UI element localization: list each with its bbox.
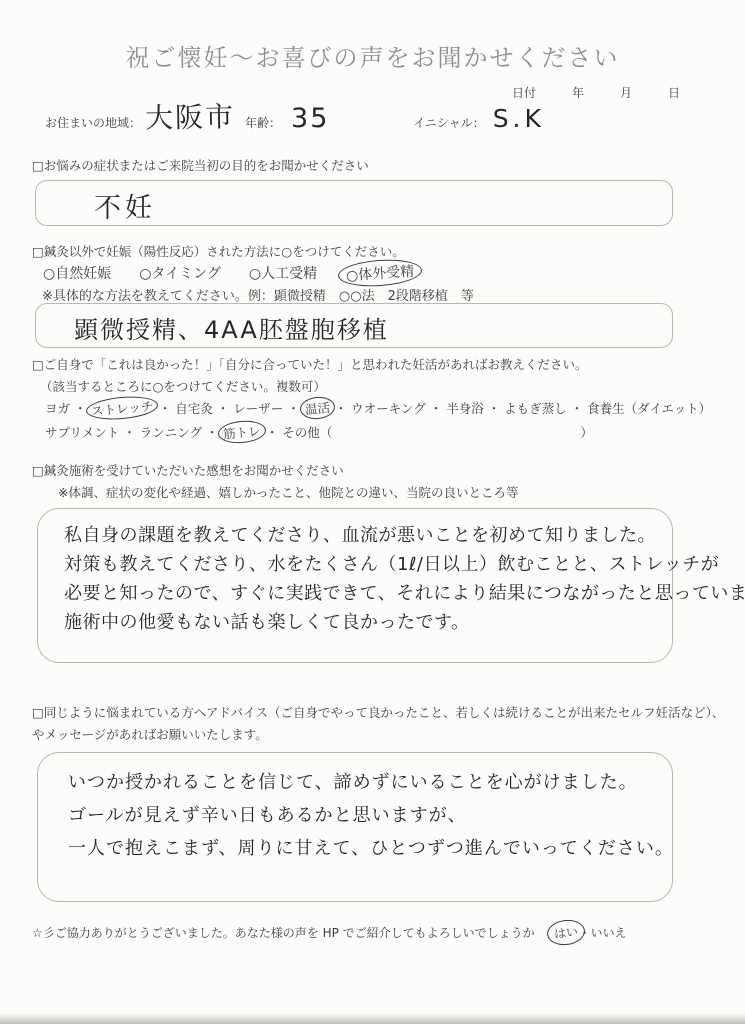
choice-kintore-circled: 筋トレ xyxy=(218,419,267,445)
q2-options-row: ○自然妊娠 ○タイミング ○人工受精 ○体外受精 xyxy=(43,262,415,284)
footer-thanks-text: ☆彡ご協力ありがとうございました。あなた様の声を HP でご紹介してもよろしいで… xyxy=(32,924,535,941)
q4-answer-line: 私自身の課題を教えてくださり、血流が悪いことを初めて知りました。 xyxy=(64,521,654,550)
age-value-handwritten: 35 xyxy=(291,103,329,134)
q3-sub-label: （該当するところに○をつけてください。複数可） xyxy=(40,377,326,395)
scan-edge-shadow xyxy=(0,1013,745,1024)
q5-section-label-line2: やメッセージがあればお願いいたします。 xyxy=(32,725,268,743)
q5-answer-line: いつか授かれることを信じて、諦めずにいることを心がけました。 xyxy=(68,766,654,799)
initial-label: イニシャル： xyxy=(413,114,484,131)
q5-answer-line: ゴールが見えず辛い日もあるかと思いますが、 xyxy=(68,799,654,832)
q1-answer-box: 不妊 xyxy=(35,180,673,226)
option-timing: ○タイミング xyxy=(139,263,221,283)
q3-row2-part: ・ その他（ xyxy=(262,425,332,440)
month-label: 月 xyxy=(620,84,632,101)
q3-row2-close-paren: ） xyxy=(580,425,593,440)
q3-choices-row2: サプリメント ・ ランニング ・ 筋トレ ・ その他（） xyxy=(45,422,593,442)
q3-row1-part: ・ 自宅灸 ・ レーザー ・ xyxy=(155,401,304,416)
option-natural-pregnancy: ○自然妊娠 xyxy=(43,263,111,283)
region-value-handwritten: 大阪市 xyxy=(145,95,236,137)
q1-section-label: □お悩みの症状またはご来院当初の目的をお聞かせください xyxy=(32,156,369,174)
q2-answer-handwritten: 顕微授精、4AA胚盤胞移植 xyxy=(74,310,389,345)
q3-section-label: □ご自身で「これは良かった！」「自分に合っていた！」と思われた妊活があればお教え… xyxy=(32,355,588,373)
q3-choices-row1: ヨガ ・ ストレッチ ・ 自宅灸 ・ レーザー ・ 温活 ・ ウオーキング ・ … xyxy=(45,398,711,418)
form-title: 祝ご懐妊～お喜びの声をお聞かせください xyxy=(0,38,745,73)
q2-section-label: □鍼灸以外で妊娠（陽性反応）された方法に○をつけてください。 xyxy=(32,242,405,260)
q5-answer-box: いつか授かれることを信じて、諦めずにいることを心がけました。 ゴールが見えず辛い… xyxy=(37,752,673,902)
q3-row1-part: ヨガ ・ xyxy=(45,401,90,416)
q4-hint: ※体調、症状の変化や経過、嬉しかったこと、他院との違い、当院の良いところ等 xyxy=(58,483,518,501)
q4-answer-line: 対策も教えてくださり、水をたくさん（1ℓ/日以上）飲むことと、ストレッチが xyxy=(64,550,654,579)
choice-onkatsu-circled: 温活 xyxy=(299,396,336,421)
q5-answer-lines: いつか授かれることを信じて、諦めずにいることを心がけました。 ゴールが見えず辛い… xyxy=(38,753,672,865)
q2-hint: ※具体的な方法を教えてください。例：顕微授精 ○○法 2段階移植 等 xyxy=(42,285,474,304)
q3-row1-part: ・ ウオーキング ・ 半身浴 ・ よもぎ蒸し ・ 食養生（ダイエット） xyxy=(331,401,711,416)
q3-row2-part: サプリメント ・ ランニング ・ xyxy=(45,425,222,440)
choice-stretch-circled: ストレッチ xyxy=(86,394,160,422)
q1-answer-handwritten: 不妊 xyxy=(94,186,156,225)
q5-section-label-line1: □同じように悩まれている方へアドバイス（ご自身でやって良かったこと、若しくは続け… xyxy=(32,703,724,721)
profile-row: お住まいの地域： 大阪市 年齢： 35 イニシャル： S.K xyxy=(45,96,545,136)
scanned-questionnaire-page: 祝ご懐妊～お喜びの声をお聞かせください 日付 年 月 日 お住まいの地域： 大阪… xyxy=(0,0,745,1024)
year-label: 年 xyxy=(572,84,584,101)
region-label: お住まいの地域： xyxy=(45,114,141,131)
footer-no-option: ・いいえ xyxy=(579,924,627,941)
footer-yes-circled: はい xyxy=(545,918,586,947)
q5-answer-line: 一人で抱えこまず、周りに甘えて、ひとつずつ進んでいってください。 xyxy=(68,832,654,865)
q4-section-label: □鍼灸施術を受けていただいた感想をお聞かせください xyxy=(32,461,344,479)
q4-answer-box: 私自身の課題を教えてくださり、血流が悪いことを初めて知りました。 対策も教えてく… xyxy=(37,508,673,663)
footer-row: ☆彡ご協力ありがとうございました。あなた様の声を HP でご紹介してもよろしいで… xyxy=(32,923,627,942)
initial-value-handwritten: S.K xyxy=(493,104,545,133)
q4-answer-line: 施術中の他愛もない話も楽しくて良かったです。 xyxy=(64,608,654,637)
day-label: 日 xyxy=(668,84,680,101)
q4-answer-line: 必要と知ったので、すぐに実践できて、それにより結果につながったと思っています。 xyxy=(64,579,654,608)
age-label: 年齢： xyxy=(245,114,281,131)
option-artificial-insemination: ○人工受精 xyxy=(249,263,317,283)
q2-answer-box: 顕微授精、4AA胚盤胞移植 xyxy=(35,303,673,348)
q4-answer-lines: 私自身の課題を教えてくださり、血流が悪いことを初めて知りました。 対策も教えてく… xyxy=(38,509,672,637)
